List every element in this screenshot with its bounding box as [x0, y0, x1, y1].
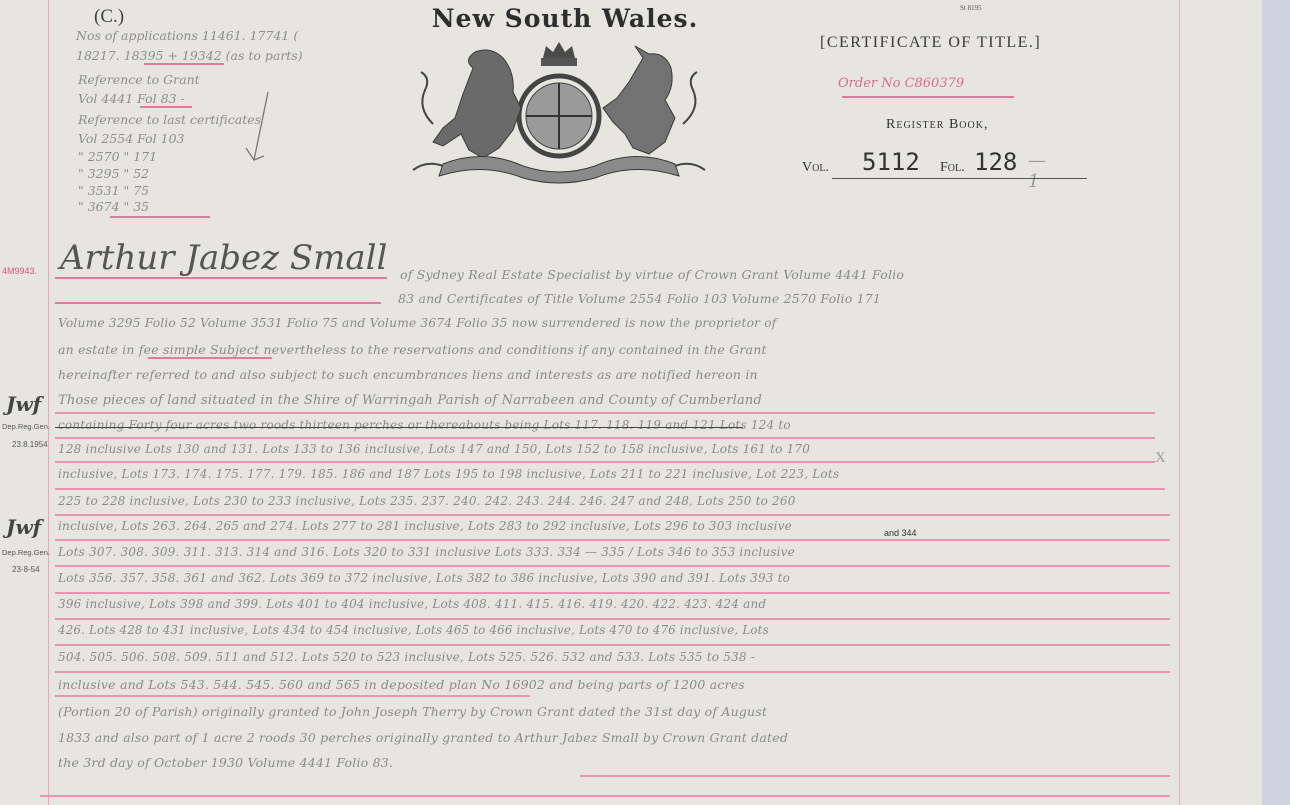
title-text-line: 225 to 228 inclusive, Lots 230 to 233 in…: [58, 494, 796, 508]
red-ruled-line: [55, 695, 530, 697]
red-ruled-line: [55, 437, 1155, 439]
check-mark-icon: [236, 90, 276, 170]
title-text-line: inclusive, Lots 173. 174. 175. 177. 179.…: [58, 467, 839, 481]
red-ruled-line: [55, 539, 1170, 541]
reference-line: Reference to last certificates: [78, 112, 261, 127]
order-number: Order No C860379: [838, 76, 964, 91]
volume-label: Vol.: [802, 160, 829, 176]
volume-rule: [832, 178, 1087, 179]
title-text-line: 426. Lots 428 to 431 inclusive, Lots 434…: [58, 623, 769, 637]
certificate-page: (C.) Nos of applications 11461. 17741 ( …: [0, 0, 1262, 805]
reference-line: Vol 2554 Fol 103: [78, 131, 185, 146]
header-title: New South Wales.: [430, 4, 700, 33]
fee-simple-underline: [148, 357, 272, 359]
title-text-line: Lots 307. 308. 309. 311. 313. 314 and 31…: [58, 545, 795, 559]
reference-line: " 3531 " 75: [78, 183, 149, 198]
title-text-line: 1833 and also part of 1 acre 2 roods 30 …: [58, 730, 788, 745]
title-text-line: Volume 3295 Folio 52 Volume 3531 Folio 7…: [58, 316, 777, 330]
reference-line: Nos of applications 11461. 17741 (: [76, 28, 298, 43]
registrar-initials: Jwf: [6, 392, 41, 416]
folio-number: 128: [974, 148, 1017, 176]
registrar-date: 23-8-54: [12, 565, 40, 574]
title-text-line: 128 inclusive Lots 130 and 131. Lots 133…: [58, 442, 810, 456]
register-book-label: Register Book,: [886, 117, 988, 133]
strikethrough: [55, 427, 743, 428]
stock-number: St 8195: [960, 4, 982, 12]
dealing-number: 4M9943.: [2, 266, 37, 276]
red-ruled-line: [55, 592, 1170, 594]
title-text-line: 83 and Certificates of Title Volume 2554…: [398, 291, 881, 306]
red-ruled-line: [55, 412, 1155, 414]
reference-line: " 3674 " 35: [78, 199, 149, 214]
red-ruled-line: [55, 618, 1170, 620]
red-ruled-line: [55, 565, 1170, 567]
red-ruled-line: [55, 461, 1155, 463]
proprietor-underline: [55, 277, 387, 279]
title-text-line: 504. 505. 506. 508. 509. 511 and 512. Lo…: [58, 650, 755, 664]
red-ruled-line: [55, 671, 1170, 673]
registrar-initials: Jwf: [6, 515, 41, 539]
title-text-line: an estate in fee simple Subject neverthe…: [58, 342, 767, 357]
title-text-line: inclusive, Lots 263. 264. 265 and 274. L…: [58, 519, 792, 533]
left-margin-rule: [48, 0, 49, 805]
red-ruled-line: [55, 488, 1165, 490]
title-text-line: inclusive and Lots 543. 544. 545. 560 an…: [58, 677, 745, 692]
reference-line: " 3295 " 52: [78, 166, 149, 181]
title-text-line: Lots 356. 357. 358. 361 and 362. Lots 36…: [58, 571, 790, 585]
reference-line: " 2570 " 171: [78, 149, 157, 164]
right-margin-rule: [1179, 0, 1180, 805]
title-text-line: Those pieces of land situated in the Shi…: [58, 393, 762, 408]
reference-line: 18217. 18395 + 19342 (as to parts): [76, 48, 303, 63]
title-text-line: 396 inclusive, Lots 398 and 399. Lots 40…: [58, 597, 766, 611]
proprietor-name: Arthur Jabez Small: [60, 238, 387, 278]
margin-x-mark: X: [1155, 450, 1166, 467]
royal-coat-of-arms-icon: [403, 38, 715, 186]
reference-line: Vol 4441 Fol 83 -: [78, 91, 185, 106]
red-ruled-line: [55, 514, 1170, 516]
red-ruled-line: [55, 644, 1170, 646]
folio-label: Fol.: [940, 160, 965, 176]
registrar-title: Dep.Reg.Gen.: [2, 422, 50, 431]
folio-suffix: — 1: [1028, 150, 1046, 192]
title-text-line: containing Forty four acres two roods th…: [58, 418, 791, 432]
reference-line: Reference to Grant: [78, 72, 200, 87]
title-text-line: of Sydney Real Estate Specialist by virt…: [400, 267, 904, 282]
title-text-line: the 3rd day of October 1930 Volume 4441 …: [58, 755, 393, 770]
reference-underline: [140, 106, 192, 108]
registrar-date: 23.8.1954: [12, 440, 48, 449]
reference-underline: [110, 216, 210, 218]
red-ruled-line: [580, 775, 1170, 777]
title-text-line: (Portion 20 of Parish) originally grante…: [58, 704, 767, 719]
interlineation: and 344: [884, 528, 917, 538]
form-letter: (C.): [94, 6, 124, 28]
red-ruled-line: [40, 795, 1170, 797]
order-underline: [842, 96, 1014, 98]
reference-underline: [144, 63, 224, 65]
proprietor-underline: [55, 302, 381, 304]
volume-number: 5112: [862, 148, 920, 176]
title-text-line: hereinafter referred to and also subject…: [58, 367, 758, 382]
registrar-title: Dep.Reg.Gen.: [2, 548, 50, 557]
page-edge: [1262, 0, 1290, 805]
certificate-title: [CERTIFICATE OF TITLE.]: [820, 34, 1041, 52]
